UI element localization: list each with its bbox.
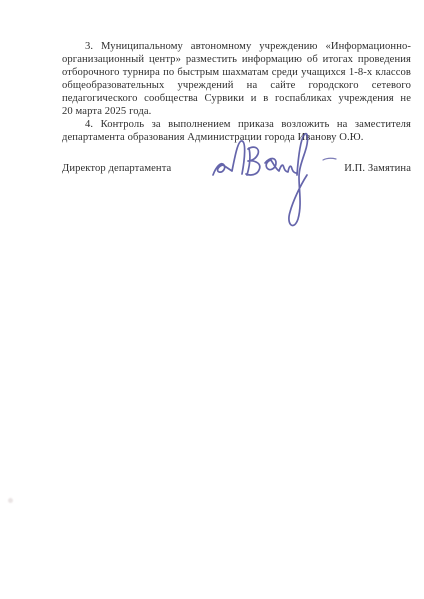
paragraph-line: 4. Контроль за выполнением приказа возло… (62, 118, 411, 131)
paragraph-line: отборочного турнира по быстрым шахматам … (62, 66, 411, 79)
paragraph-line: педагогического сообщества Сурвики и в г… (62, 92, 411, 105)
signer-name: И.П. Замятина (344, 162, 411, 175)
paragraph-line: 20 марта 2025 года. (62, 105, 411, 118)
signer-role-label: Директор департамента (62, 162, 171, 175)
paragraph-line: 3. Муниципальному автономному учреждению… (62, 40, 411, 53)
document-body: 3. Муниципальному автономному учреждению… (62, 40, 411, 175)
paragraph-line: общеобразовательных учреждений на сайте … (62, 79, 411, 92)
scan-artifact (8, 498, 13, 503)
signature-block: Директор департамента И.П. Замятина (62, 162, 411, 175)
paragraph-3: 3. Муниципальному автономному учреждению… (62, 40, 411, 118)
paragraph-4: 4. Контроль за выполнением приказа возло… (62, 118, 411, 144)
document-page: 3. Муниципальному автономному учреждению… (0, 0, 424, 599)
paragraph-line: организационный центр» разместить информ… (62, 53, 411, 66)
paragraph-line: департамента образования Администрации г… (62, 131, 411, 144)
